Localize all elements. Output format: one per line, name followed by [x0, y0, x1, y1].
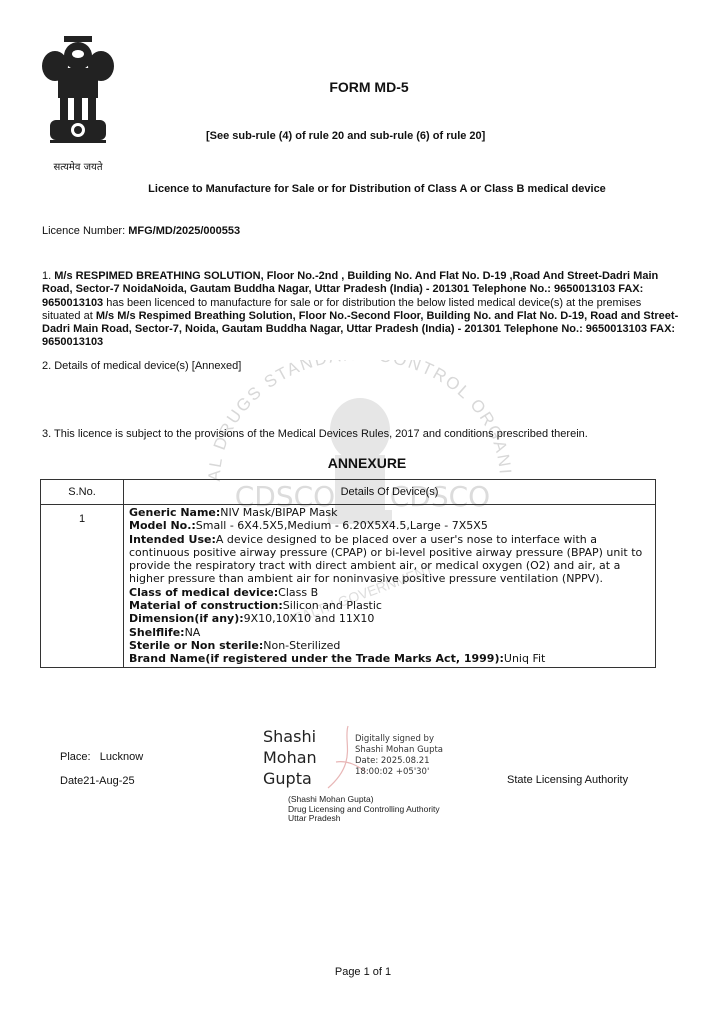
date-label: Date — [60, 775, 83, 787]
table-row: 1Generic Name:NIV Mask/BIPAP MaskModel N… — [41, 505, 656, 668]
device-field: Sterile or Non sterile:Non-Sterilized — [129, 639, 649, 652]
device-field-label: Sterile or Non sterile: — [129, 639, 263, 652]
header-details: Details Of Device(s) — [124, 480, 656, 505]
device-field-label: Class of medical device: — [129, 586, 278, 599]
device-field: Shelflife:NA — [129, 626, 649, 639]
signer-details: (Shashi Mohan Gupta) Drug Licensing and … — [288, 795, 440, 824]
device-field-value: Non-Sterilized — [263, 639, 340, 652]
device-field: Brand Name(if registered under the Trade… — [129, 652, 649, 665]
device-field-label: Model No.: — [129, 519, 196, 532]
licence-title: Licence to Manufacture for Sale or for D… — [0, 183, 724, 195]
licence-number-value: MFG/MD/2025/000553 — [128, 225, 240, 237]
place-value: Lucknow — [100, 751, 143, 763]
device-field: Class of medical device:Class B — [129, 586, 649, 599]
form-title: FORM MD-5 — [0, 79, 724, 95]
header-sno: S.No. — [41, 480, 124, 505]
device-field-label: Brand Name(if registered under the Trade… — [129, 652, 504, 665]
page-number: Page 1 of 1 — [0, 966, 724, 978]
licence-number: Licence Number: MFG/MD/2025/000553 — [42, 225, 240, 237]
emblem-motto: सत्यमेव जयते — [28, 159, 128, 173]
premises-address: M/s M/s Respimed Breathing Solution, Flo… — [42, 310, 678, 349]
licence-conditions: 3. This licence is subject to the provis… — [42, 428, 588, 440]
device-field-label: Generic Name: — [129, 506, 220, 519]
device-field-label: Shelflife: — [129, 626, 185, 639]
device-field: Generic Name:NIV Mask/BIPAP Mask — [129, 506, 649, 519]
row-details: Generic Name:NIV Mask/BIPAP MaskModel No… — [124, 505, 656, 668]
date: Date21-Aug-25 — [60, 775, 135, 787]
licensee-paragraph: 1. M/s RESPIMED BREATHING SOLUTION, Floo… — [42, 270, 682, 350]
device-field: Model No.:Small - 6X4.5X5,Medium - 6.20X… — [129, 519, 649, 532]
state-licensing-authority: State Licensing Authority — [507, 774, 628, 786]
annexure-title: ANNEXURE — [0, 455, 724, 471]
device-field-value: Silicon and Plastic — [283, 599, 382, 612]
device-field-label: Intended Use: — [129, 533, 216, 546]
paragraph-number: 1. — [42, 270, 54, 282]
sub-rule-reference: [See sub-rule (4) of rule 20 and sub-rul… — [206, 130, 485, 142]
device-field-value: Class B — [278, 586, 318, 599]
date-value: 21-Aug-25 — [83, 775, 134, 787]
device-field-value: 9X10,10X10 and 11X10 — [244, 612, 375, 625]
device-field: Material of construction:Silicon and Pla… — [129, 599, 649, 612]
place-label: Place: — [60, 751, 91, 763]
device-field: Intended Use:A device designed to be pla… — [129, 533, 649, 586]
annexure-table: S.No. Details Of Device(s) 1Generic Name… — [40, 479, 656, 668]
device-field: Dimension(if any):9X10,10X10 and 11X10 — [129, 612, 649, 625]
device-field-value: NA — [185, 626, 201, 639]
device-field-value: Uniq Fit — [504, 652, 545, 665]
device-field-value: NIV Mask/BIPAP Mask — [220, 506, 337, 519]
device-field-label: Dimension(if any): — [129, 612, 244, 625]
device-field-label: Material of construction: — [129, 599, 283, 612]
licence-number-label: Licence Number: — [42, 225, 128, 237]
device-details-note: 2. Details of medical device(s) [Annexed… — [42, 360, 241, 372]
device-field-value: Small - 6X4.5X5,Medium - 6.20X5X4.5,Larg… — [196, 519, 488, 532]
row-sno: 1 — [41, 505, 124, 668]
national-emblem: सत्यमेव जयते — [28, 28, 128, 168]
signature-name[interactable]: Shashi Mohan Gupta — [263, 726, 317, 789]
digital-signature-info[interactable]: Digitally signed by Shashi Mohan Gupta D… — [355, 734, 443, 778]
place: Place: Lucknow — [60, 751, 143, 763]
